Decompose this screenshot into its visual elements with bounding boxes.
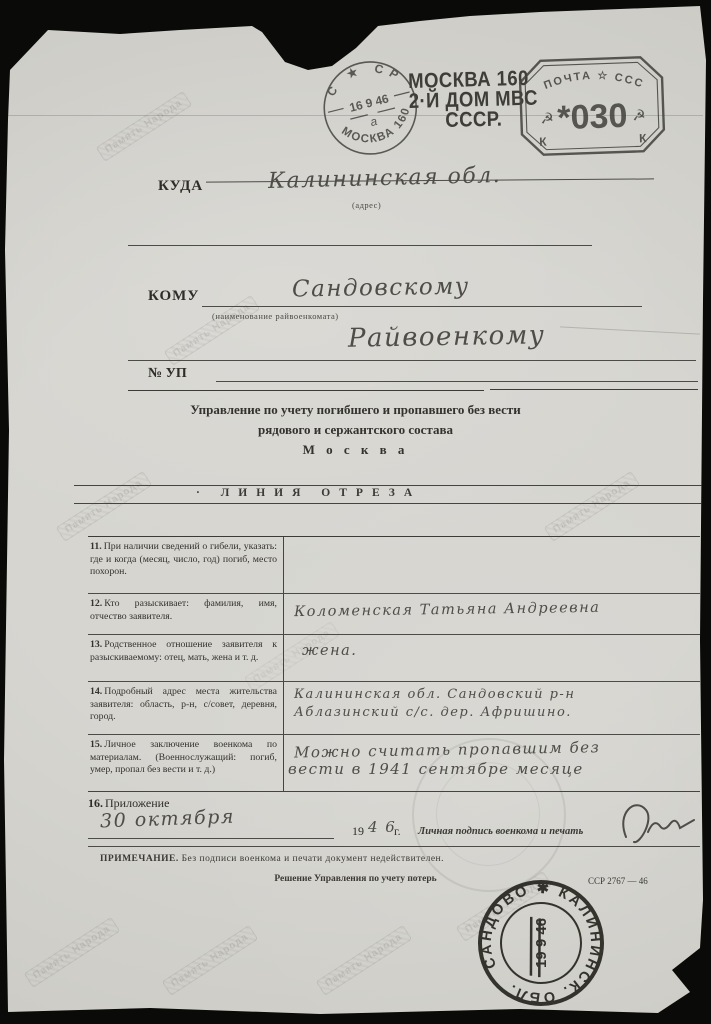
komu-line (202, 306, 642, 307)
archive-watermark: Память Народа (316, 925, 412, 996)
komu-label: КОМУ (148, 288, 199, 305)
archive-watermark: Память Народа (162, 925, 258, 996)
department-heading-line3: М о с к в а (0, 442, 711, 458)
up-number-label: № УП (148, 366, 187, 382)
attachment-date-handwritten: 30 октября (100, 806, 236, 833)
attachment-bottom-rule (88, 846, 700, 847)
archive-watermark: Память Народа (96, 91, 192, 162)
blank-address-line (128, 245, 592, 246)
sandovo-arrival-postmark: САНДОВО ✱ КАЛИНИНСК. ОБЛ. 19 9 46 (466, 868, 616, 1018)
cut-rule-top (74, 485, 702, 486)
svg-text:К: К (639, 131, 647, 145)
row-15-answer: Можно считать пропавшим без вести в 1941… (284, 735, 700, 791)
up-line-heavy2 (490, 389, 698, 390)
signature-caption: Личная подпись военкома и печать (418, 826, 583, 837)
department-heading-line2: рядового и сержантского состава (0, 422, 711, 438)
department-heading-line1: Управление по учету погибшего и пропавше… (0, 402, 711, 418)
svg-text:☭: ☭ (632, 107, 646, 124)
komu-handwritten-value: Сандовскому (292, 273, 470, 302)
row-12-label: 12.Кто разыскивает: фамилия, имя, отчест… (88, 594, 284, 634)
attachment-date-line (88, 838, 334, 839)
row-11-answer (284, 537, 700, 593)
cut-line-bullet: · (196, 487, 209, 499)
cut-line-label: · ЛИНИЯ ОТРЕЗА (196, 487, 421, 499)
archive-watermark: Память Народа (544, 471, 640, 542)
form-row-15: 15.Личное заключение военкома по материа… (88, 735, 700, 792)
kuda-label: КУДА (158, 178, 203, 195)
cut-rule-bottom (74, 503, 702, 504)
row-15-label: 15.Личное заключение военкома по материа… (88, 735, 284, 791)
franking-stamp-octagon: ПОЧТА ☆ СССР ☭ *030 ☭ К К (516, 53, 667, 158)
kuda-hint: (адрес) (352, 200, 381, 210)
svg-text:К: К (539, 135, 547, 149)
form-row-14: 14.Подробный адрес места жительства заяв… (88, 682, 700, 735)
svg-text:а: а (369, 114, 379, 129)
form-row-13: 13.Родственное отношение заявителя к раз… (88, 635, 700, 682)
note-word: ПРИМЕЧАНИЕ. (100, 854, 179, 864)
fold-crease (560, 326, 700, 334)
row-14-answer: Калининская обл. Сандовский р-н Аблазинс… (284, 682, 700, 734)
komu-hint: (наименование райвоенкомата) (212, 311, 339, 321)
row-13-answer: жена. (284, 635, 700, 681)
komu-handwritten-value2: Райвоенкому (348, 320, 546, 353)
komu-line2 (128, 360, 696, 361)
svg-text:МОСКВА 160: МОСКВА 160 (336, 103, 419, 153)
scanned-document-page: Память Народа Память Народа Память Народ… (0, 0, 711, 1024)
svg-text:19 9 46: 19 9 46 (533, 918, 550, 968)
archive-watermark: Память Народа (56, 471, 152, 542)
row-13-label: 13.Родственное отношение заявителя к раз… (88, 635, 284, 681)
svg-text:☭: ☭ (540, 110, 554, 127)
paper-sheet: Память Народа Память Народа Память Народ… (0, 0, 711, 1024)
signature-scribble (606, 792, 706, 852)
form-row-12: 12.Кто разыскивает: фамилия, имя, отчест… (88, 594, 700, 635)
kuda-handwritten-value: Калининская обл. (268, 163, 502, 194)
attachment-year-prefix: 19 (352, 824, 364, 839)
note-line: ПРИМЕЧАНИЕ. Без подписи военкома и печат… (100, 854, 640, 864)
form-row-11: 11.При наличии сведений о гибели, указат… (88, 537, 700, 594)
row-14-label: 14.Подробный адрес места жительства заяв… (88, 682, 284, 734)
up-line (216, 381, 698, 382)
up-line-heavy (128, 390, 484, 391)
row-12-answer: Коломенская Татьяна Андреевна (284, 594, 700, 634)
inquiry-form-table: 11.При наличии сведений о гибели, указат… (88, 536, 700, 792)
archive-watermark: Память Народа (24, 917, 120, 988)
attachment-year-handwritten: 4 6 (368, 818, 396, 836)
attachment-year-suffix: г. (394, 824, 401, 839)
row-11-label: 11.При наличии сведений о гибели, указат… (88, 537, 284, 593)
svg-text:*030: *030 (557, 97, 628, 137)
